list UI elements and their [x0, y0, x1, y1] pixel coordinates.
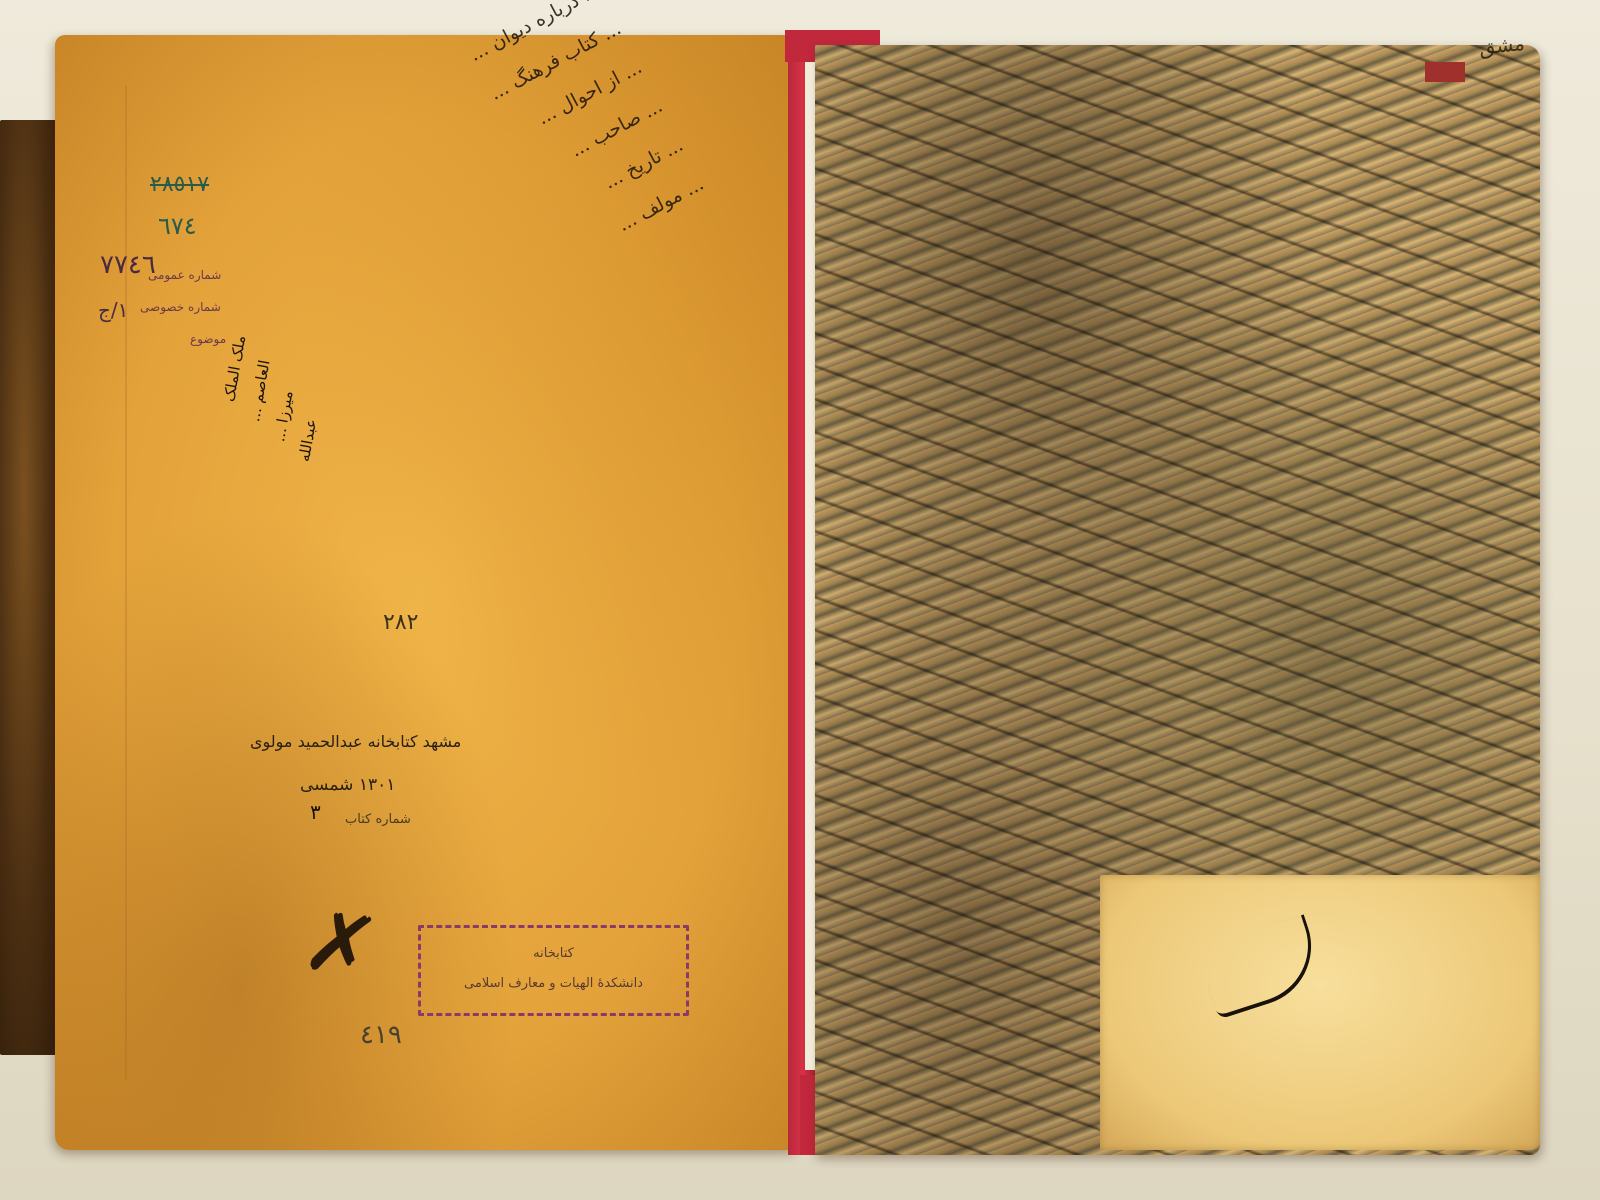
general-number-label: شماره عمومی — [148, 268, 221, 282]
library-stamp-line3: شماره کتاب — [345, 812, 411, 827]
page-corner-mark — [1425, 62, 1465, 82]
book-number: ٣ — [310, 800, 321, 824]
subject-label: موضوع — [190, 332, 226, 346]
library-stamp-line1: مشهد کتابخانه عبدالحمید مولوی — [250, 732, 461, 751]
crossed-shelf-number: ٢٨٥١٧ — [150, 172, 209, 197]
library-stamp-line2: ١٣٠١ شمسی — [300, 775, 395, 795]
special-number-value: ١/ج — [98, 298, 128, 322]
special-number-label: شماره خصوصی — [140, 300, 221, 314]
pencil-number: ٢٨٢ — [383, 610, 418, 635]
current-shelf-number: ٦٧٤ — [158, 212, 197, 240]
pencil-bottom-number: ٤١٩ — [360, 1020, 402, 1050]
purple-stamp-line1: کتابخانه — [421, 946, 686, 961]
adjacent-book-cover — [0, 120, 60, 1055]
purple-library-stamp: کتابخانه دانشکدهٔ الهیات و معارف اسلامی — [418, 925, 689, 1016]
pasted-label — [1100, 875, 1540, 1150]
purple-stamp-line2: دانشکدهٔ الهیات و معارف اسلامی — [421, 976, 686, 991]
